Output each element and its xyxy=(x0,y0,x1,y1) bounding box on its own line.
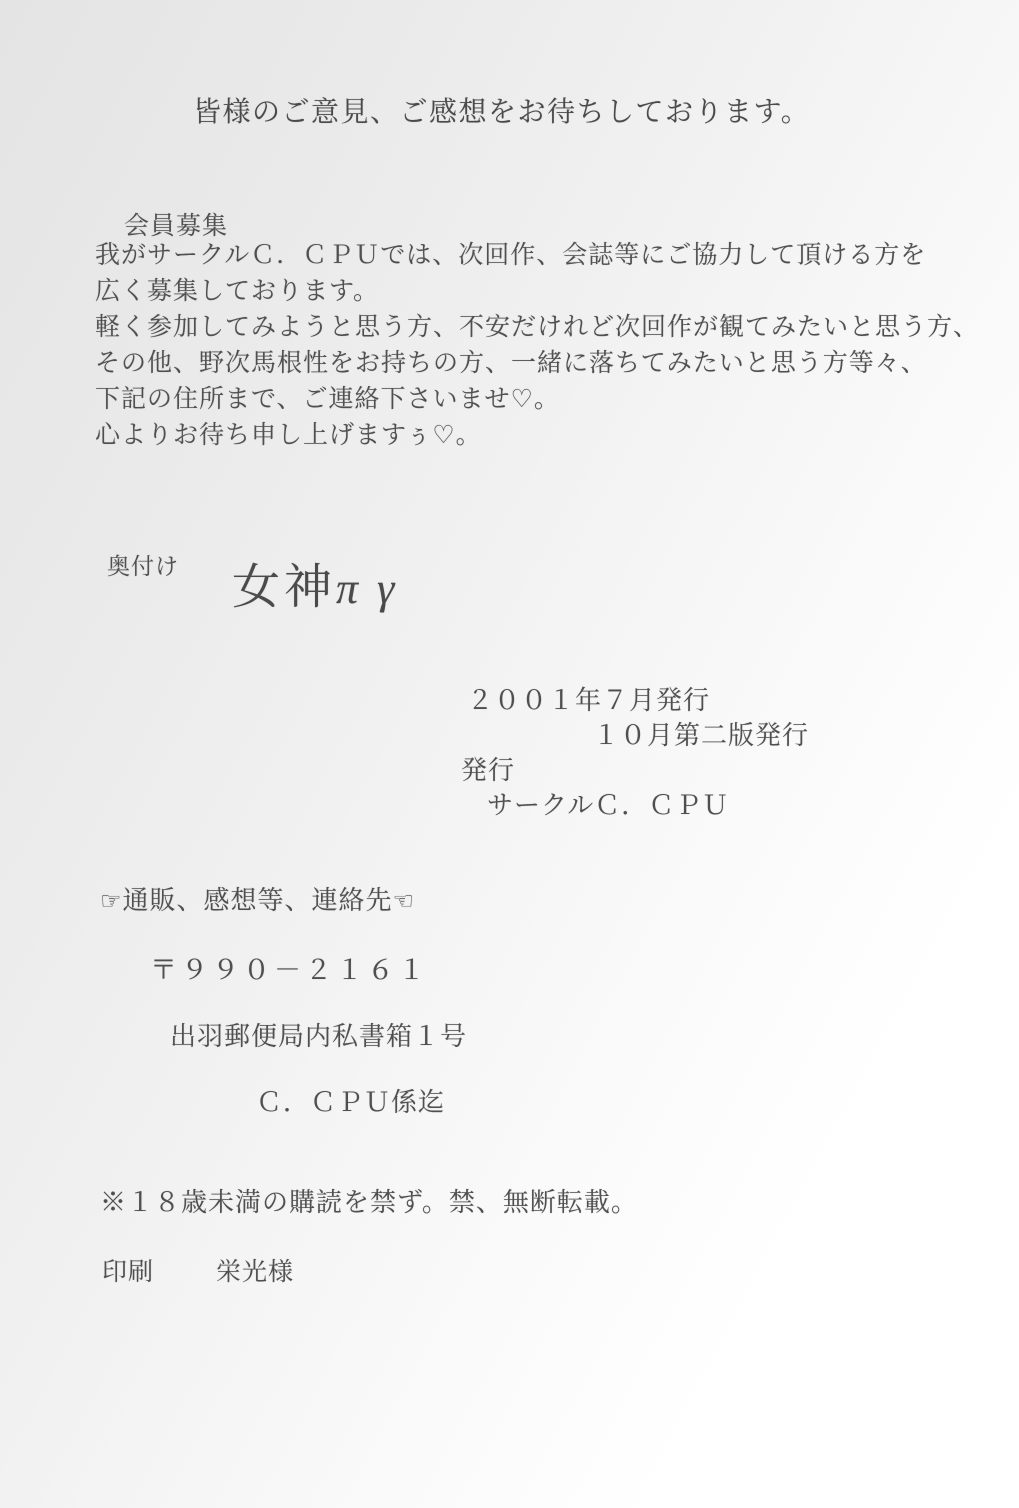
scanned-colophon-page: 皆様のご意見、ご感想をお待ちしております。 会員募集 我がサークルＣ．ＣＰＵでは… xyxy=(0,0,1019,1508)
colophon-label: 奥付け xyxy=(107,548,179,581)
contact-heading: ☞通販、感想等、連絡先☜ xyxy=(100,880,415,917)
printer-credit: 印刷栄光様 xyxy=(102,1252,294,1288)
publication-date-second-edition: １０月第二版発行 xyxy=(593,715,809,752)
postal-code: 〒９９０－２１６１ xyxy=(150,948,429,987)
publisher-label: 発行 xyxy=(461,750,515,787)
publication-date-first-edition: ２００１年７月発行 xyxy=(467,680,710,717)
recruitment-heading: 会員募集 xyxy=(124,206,228,242)
recruitment-line: 我がサークルＣ．ＣＰＵでは、次回作、会誌等にご協力して頂ける方を xyxy=(95,238,979,274)
recruitment-line: 心よりお待ち申し上げますぅ♡。 xyxy=(95,418,979,454)
book-title: 女神π γ xyxy=(232,548,398,617)
publisher-name: サークルＣ．ＣＰＵ xyxy=(487,785,729,822)
contact-heading-text: 通販、感想等、連絡先 xyxy=(123,886,393,915)
pointing-left-icon: ☜ xyxy=(393,887,416,915)
recruitment-line: 広く募集しております。 xyxy=(95,274,979,310)
book-title-kanji: 女神 xyxy=(232,561,336,614)
printer-label: 印刷 xyxy=(102,1259,154,1286)
recruitment-line: 下記の住所まで、ご連絡下さいませ♡。 xyxy=(95,382,979,418)
recruitment-line: その他、野次馬根性をお持ちの方、一緒に落ちてみたいと思う方等々、 xyxy=(95,346,979,382)
printer-name: 栄光様 xyxy=(216,1252,294,1288)
recruitment-line: 軽く参加してみようと思う方、不安だけれど次回作が観てみたいと思う方、 xyxy=(95,310,979,346)
pointing-right-icon: ☞ xyxy=(100,887,123,915)
mail-recipient: Ｃ．ＣＰＵ係迄 xyxy=(256,1082,445,1119)
recruitment-paragraph: 我がサークルＣ．ＣＰＵでは、次回作、会誌等にご協力して頂ける方を 広く募集してお… xyxy=(95,238,979,454)
po-box-address: 出羽郵便局内私書箱１号 xyxy=(170,1016,467,1053)
book-title-greek: π γ xyxy=(336,564,398,613)
age-restriction-notice: ※１８歳未満の購読を禁ず。禁、無断転載。 xyxy=(100,1182,638,1219)
page-headline: 皆様のご意見、ご感想をお待ちしております。 xyxy=(193,90,810,130)
